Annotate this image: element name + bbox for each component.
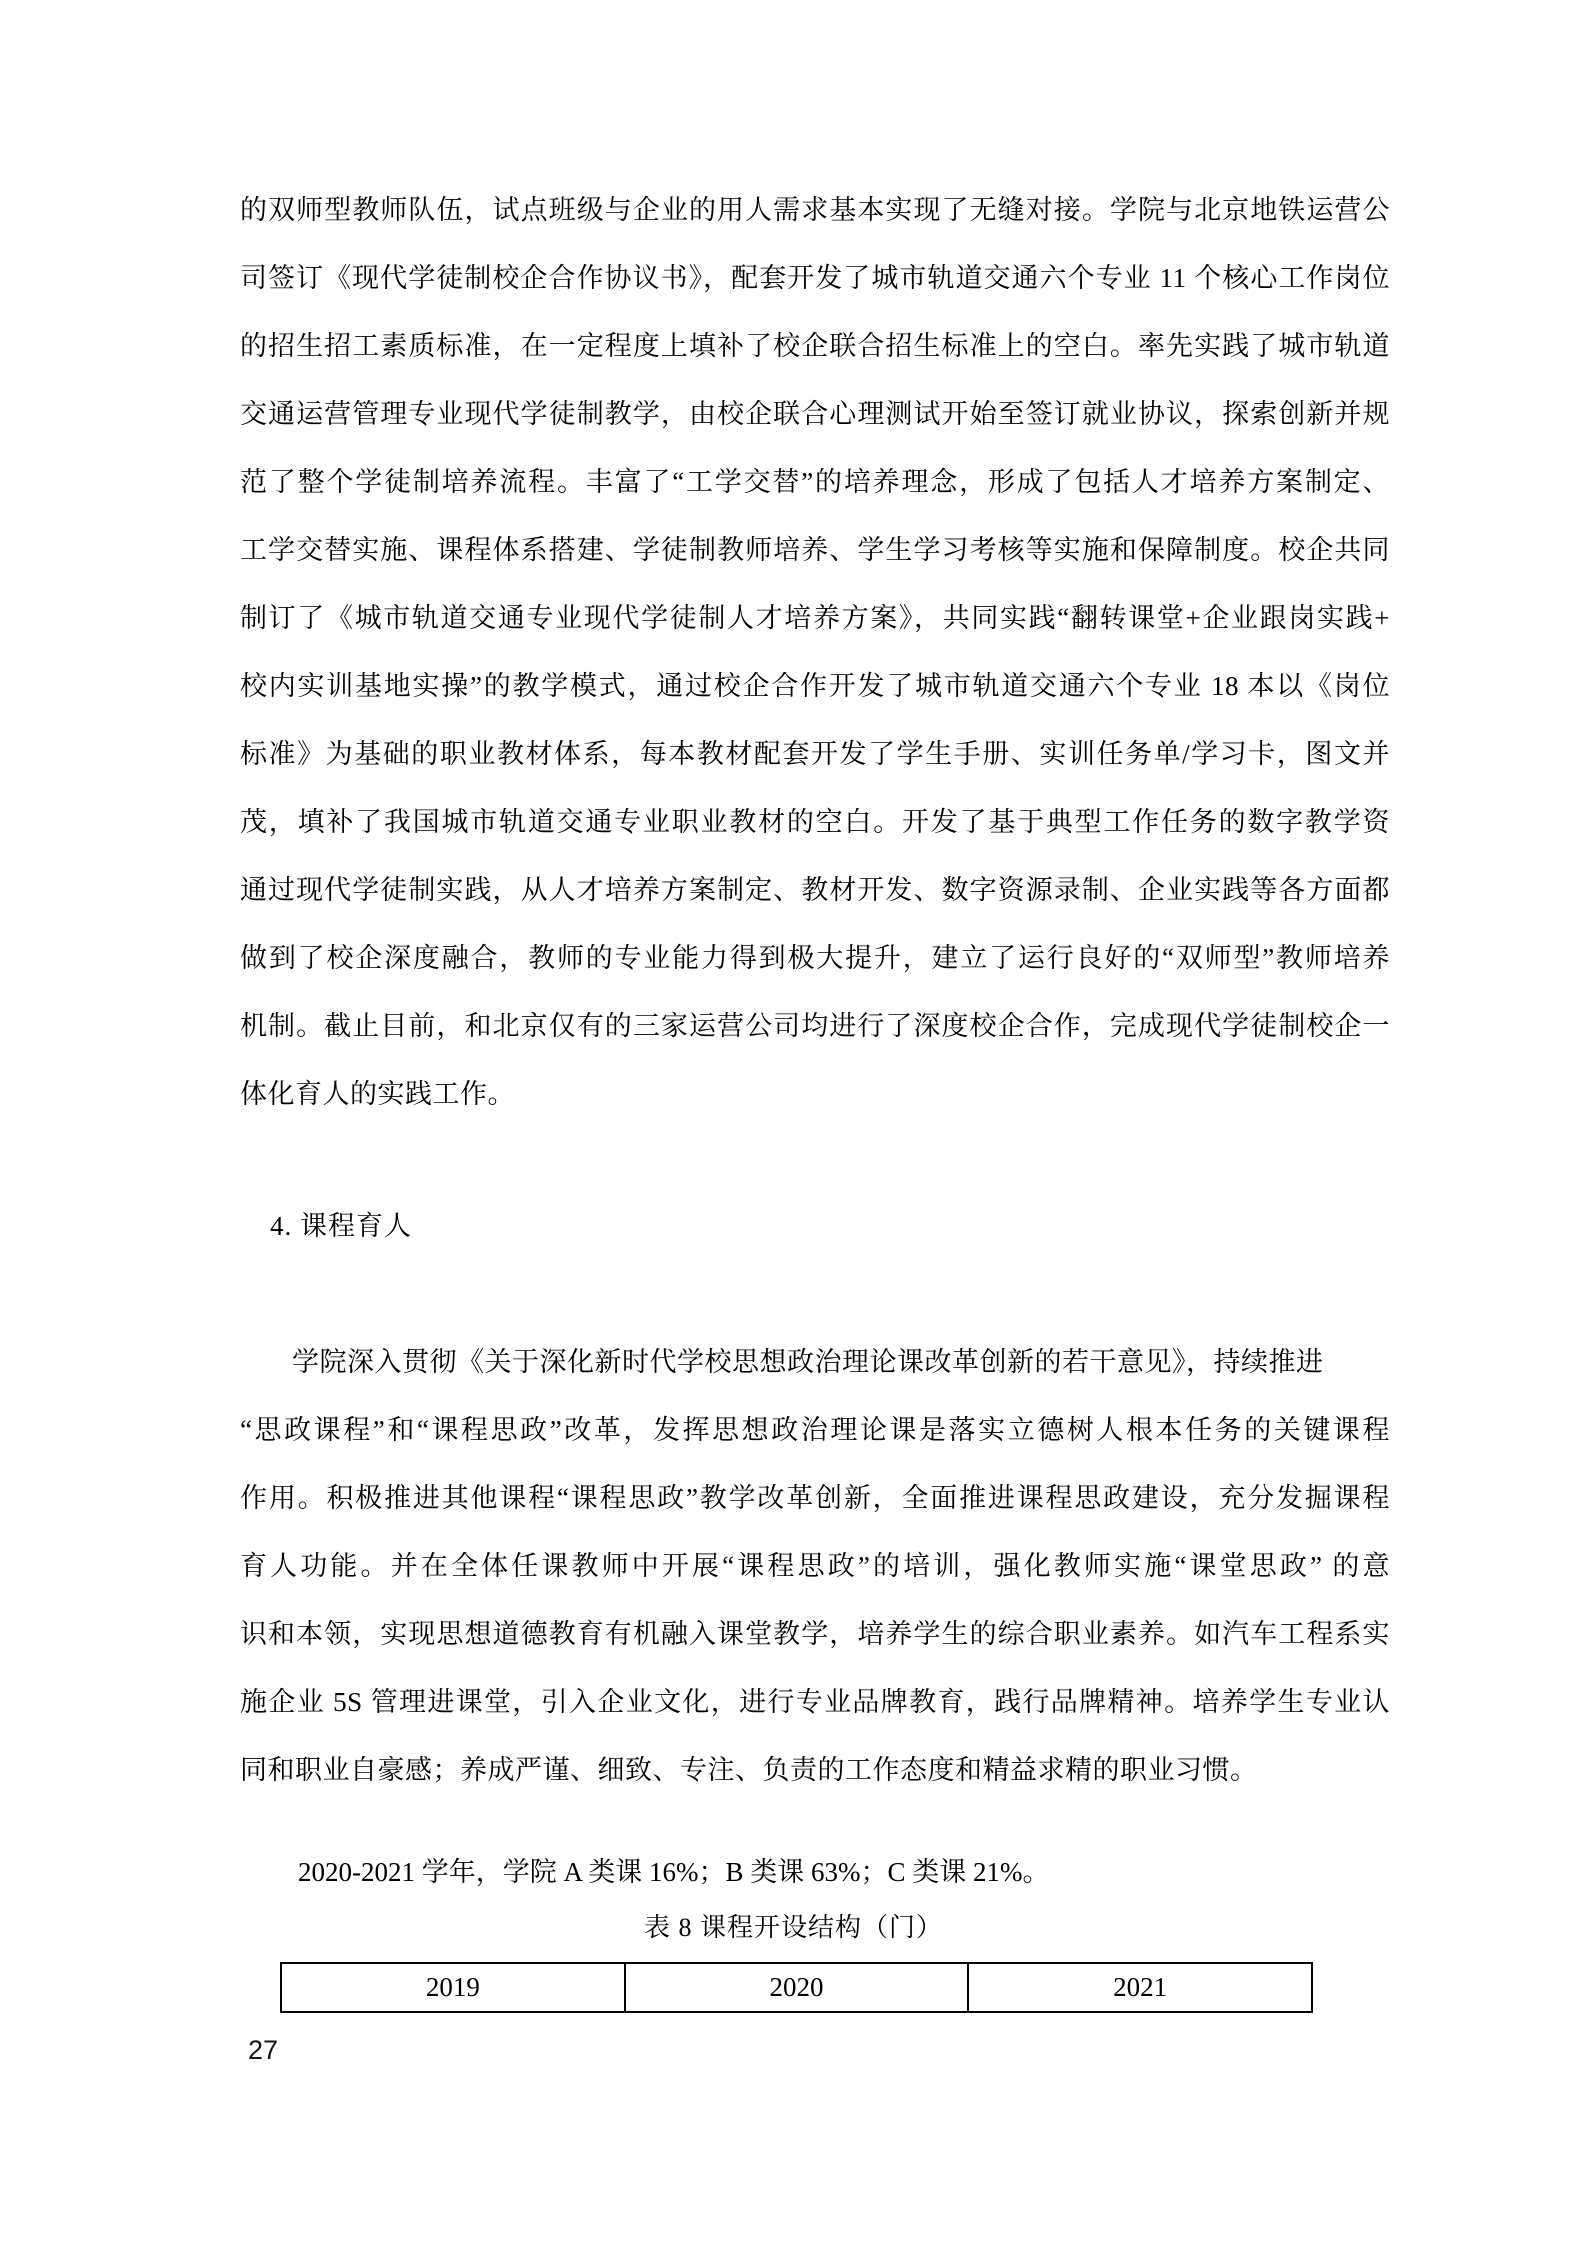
document-page: 的双师型教师队伍，试点班级与企业的用人需求基本实现了无缝对接。学院与北京地铁运营…: [0, 0, 1587, 2245]
paragraph-line: 识和本领，实现思想道德教育有机融入课堂教学，培养学生的综合职业素养。如汽车工程系…: [240, 1600, 1390, 1668]
course-structure-table: 2019 2020 2021: [280, 1962, 1313, 2013]
paragraph-line: 同和职业自豪感；养成严谨、细致、专注、负责的工作态度和精益求精的职业习惯。: [240, 1736, 1390, 1804]
page-number: 27: [248, 2030, 278, 2070]
paragraph-line: 机制。截止目前，和北京仅有的三家运营公司均进行了深度校企合作，完成现代学徒制校企…: [240, 992, 1390, 1060]
paragraph-line: 体化育人的实践工作。: [240, 1060, 1390, 1128]
course-stats-line: 2020-2021 学年，学院 A 类课 16%；B 类课 63%；C 类课 2…: [240, 1838, 1390, 1906]
paragraph-line: 交通运营管理专业现代学徒制教学，由校企联合心理测试开始至签订就业协议，探索创新并…: [240, 380, 1390, 448]
paragraph-line: 作用。积极推进其他课程“课程思政”教学改革创新，全面推进课程思政建设，充分发掘课…: [240, 1464, 1390, 1532]
paragraph-line: 育人功能。并在全体任课教师中开展“课程思政”的培训，强化教师实施“课堂思政” 的…: [240, 1532, 1390, 1600]
paragraph-2: 学院深入贯彻《关于深化新时代学校思想政治理论课改革创新的若干意见》，持续推进 “…: [240, 1328, 1390, 1804]
paragraph-line: 标准》为基础的职业教材体系，每本教材配套开发了学生手册、实训任务单/学习卡，图文…: [240, 720, 1390, 788]
paragraph-line: “思政课程”和“课程思政”改革，发挥思想政治理论课是落实立德树人根本任务的关键课…: [240, 1396, 1390, 1464]
paragraph-line: 通过现代学徒制实践，从人才培养方案制定、教材开发、数字资源录制、企业实践等各方面…: [240, 856, 1390, 924]
year-header-cell-2019: 2019: [281, 1963, 625, 2012]
table-caption: 表 8 课程开设结构（门）: [0, 1904, 1587, 1952]
paragraph-1: 的双师型教师队伍，试点班级与企业的用人需求基本实现了无缝对接。学院与北京地铁运营…: [240, 176, 1390, 1128]
year-header-cell-2020: 2020: [625, 1963, 969, 2012]
paragraph-line: 茂，填补了我国城市轨道交通专业职业教材的空白。开发了基于典型工作任务的数字教学资…: [240, 788, 1390, 856]
paragraph-line: 施企业 5S 管理进课堂，引入企业文化，进行专业品牌教育，践行品牌精神。培养学生…: [240, 1668, 1390, 1736]
paragraph-line: 范了整个学徒制培养流程。丰富了“工学交替”的培养理念，形成了包括人才培养方案制定…: [240, 448, 1390, 516]
paragraph-line: 校内实训基地实操”的教学模式，通过校企合作开发了城市轨道交通六个专业 18 本以…: [240, 652, 1390, 720]
paragraph-line: 司签订《现代学徒制校企合作协议书》，配套开发了城市轨道交通六个专业 11 个核心…: [240, 244, 1390, 312]
paragraph-line: 学院深入贯彻《关于深化新时代学校思想政治理论课改革创新的若干意见》，持续推进: [240, 1328, 1390, 1396]
year-header-cell-2021: 2021: [968, 1963, 1312, 2012]
paragraph-line: 做到了校企深度融合，教师的专业能力得到极大提升，建立了运行良好的“双师型”教师培…: [240, 924, 1390, 992]
paragraph-line: 制订了《城市轨道交通专业现代学徒制人才培养方案》，共同实践“翻转课堂+企业跟岗实…: [240, 584, 1390, 652]
paragraph-line: 的双师型教师队伍，试点班级与企业的用人需求基本实现了无缝对接。学院与北京地铁运营…: [240, 176, 1390, 244]
paragraph-line: 的招生招工素质标准，在一定程度上填补了校企联合招生标准上的空白。率先实践了城市轨…: [240, 312, 1390, 380]
paragraph-line: 工学交替实施、课程体系搭建、学徒制教师培养、学生学习考核等实施和保障制度。校企共…: [240, 516, 1390, 584]
table-header-row: 2019 2020 2021: [281, 1963, 1312, 2012]
section-heading: 4. 课程育人: [240, 1192, 1390, 1260]
